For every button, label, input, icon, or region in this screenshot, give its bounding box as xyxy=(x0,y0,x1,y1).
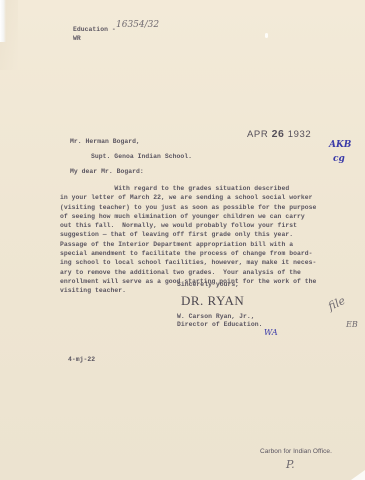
date-day: 26 xyxy=(272,128,285,140)
body-line: suggestion — that of leaving off first g… xyxy=(60,230,360,239)
typist-reference: 4-mj-22 xyxy=(68,355,95,364)
letter-page: Education - 16354/32 WR APR 26 1932 AKB … xyxy=(0,0,365,480)
pencil-file-note: file xyxy=(326,294,347,313)
signer-title: Director of Education. xyxy=(177,320,262,329)
signature-stamp: DR. RYAN xyxy=(181,293,244,309)
closing: Sincerely yours, xyxy=(177,280,239,289)
ink-mark-top: cg xyxy=(333,154,345,164)
body-line: (visiting teacher) to you just as soon a… xyxy=(60,203,360,212)
file-reference-number: 16354/32 xyxy=(116,20,159,30)
paper-edge xyxy=(0,0,6,42)
addressee-name: Mr. Herman Bogard, xyxy=(70,137,140,146)
body-line: out this fall. Normally, we would probab… xyxy=(60,221,360,230)
salutation: My dear Mr. Bogard: xyxy=(70,167,144,176)
body-line: of seeing how much elimination of younge… xyxy=(60,212,360,221)
body-line: in your letter of March 22, we are sendi… xyxy=(60,193,360,202)
body-line: Passage of the Interior Department appro… xyxy=(60,240,360,249)
pencil-carbon-initial: P. xyxy=(286,458,295,471)
file-reference-initials: WR xyxy=(73,34,81,43)
body-line: ary to remove the additional two grades.… xyxy=(60,268,360,277)
file-reference-label: Education - xyxy=(73,25,116,34)
ink-initials-top: AKB xyxy=(329,140,351,150)
body-line: special amendment to facilitate the proc… xyxy=(60,249,360,258)
addressee-title: Supt. Genoa Indian School. xyxy=(91,152,192,161)
pencil-file-sub: EB xyxy=(346,320,358,329)
body-line: With regard to the grades situation desc… xyxy=(60,184,360,193)
staple-hole xyxy=(265,33,268,38)
body-line: ing school to local school facilities, h… xyxy=(60,258,360,267)
ink-initials-signature: WA xyxy=(264,328,278,337)
date-year: 1932 xyxy=(288,129,312,140)
carbon-note: Carbon for Indian Office. xyxy=(260,447,332,456)
letter-body: With regard to the grades situation desc… xyxy=(60,184,360,296)
date-stamp: APR 26 1932 xyxy=(247,128,311,140)
date-month: APR xyxy=(247,129,268,140)
folded-corner xyxy=(351,470,365,480)
